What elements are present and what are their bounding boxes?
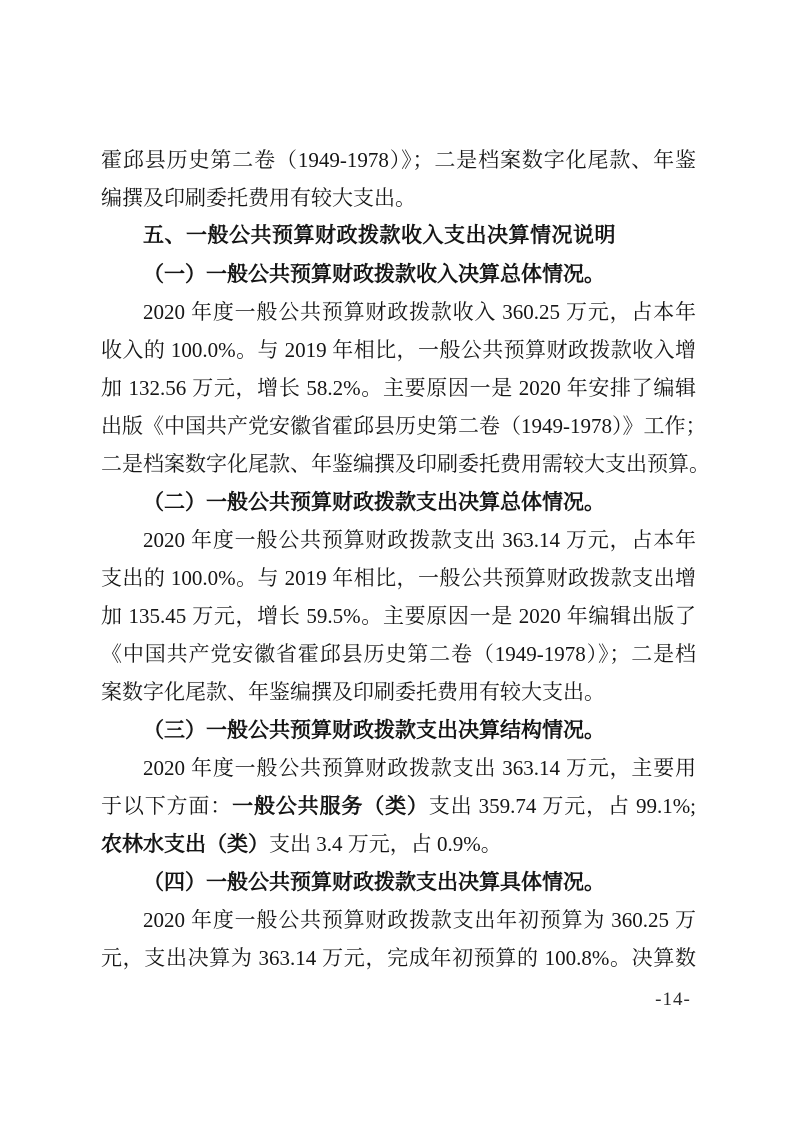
text-run: 五、一般公共预算财政拨款收入支出决算情况说明	[143, 224, 616, 247]
text-line: 2020 年度一般公共预算财政拨款收入 360.25 万元，占本年	[101, 293, 696, 331]
text-line: 于以下方面：一般公共服务（类）支出 359.74 万元，占 99.1%;	[101, 787, 696, 825]
text-run: （三）一般公共预算财政拨款支出决算结构情况。	[143, 718, 605, 742]
section-heading: （二）一般公共预算财政拨款支出决算总体情况。	[101, 483, 696, 521]
text-line: 二是档案数字化尾款、年鉴编撰及印刷委托费用需较大支出预算。	[101, 445, 696, 483]
text-line: 加 132.56 万元，增长 58.2%。主要原因一是 2020 年安排了编辑	[101, 369, 696, 407]
text-run: 于以下方面：	[101, 794, 232, 818]
text-line: 2020 年度一般公共预算财政拨款支出 363.14 万元，主要用	[101, 749, 696, 787]
text-run: （二）一般公共预算财政拨款支出决算总体情况。	[143, 490, 605, 514]
text-line: 2020 年度一般公共预算财政拨款支出 363.14 万元，占本年	[101, 521, 696, 559]
text-run: 收入的 100.0%。与 2019 年相比，一般公共预算财政拨款收入增	[101, 338, 696, 362]
text-run: 农林水支出（类）	[101, 832, 269, 856]
text-run: 2020 年度一般公共预算财政拨款支出年初预算为 360.25 万	[143, 908, 696, 932]
section-heading: （四）一般公共预算财政拨款支出决算具体情况。	[101, 863, 696, 901]
text-run: 支出的 100.0%。与 2019 年相比，一般公共预算财政拨款支出增	[101, 566, 696, 590]
text-run: 2020 年度一般公共预算财政拨款支出 363.14 万元，主要用	[143, 756, 696, 780]
section-heading: （一）一般公共预算财政拨款收入决算总体情况。	[101, 255, 696, 293]
text-line: 出版《中国共产党安徽省霍邱县历史第二卷（1949-1978）》工作；	[101, 407, 696, 445]
text-line: 《中国共产党安徽省霍邱县历史第二卷（1949-1978）》；二是档	[101, 635, 696, 673]
text-run: 《中国共产党安徽省霍邱县历史第二卷（1949-1978）》；二是档	[101, 642, 696, 666]
text-run: 加 135.45 万元，增长 59.5%。主要原因一是 2020 年编辑出版了	[101, 604, 696, 628]
text-run: 2020 年度一般公共预算财政拨款收入 360.25 万元，占本年	[143, 300, 696, 324]
text-line: 支出的 100.0%。与 2019 年相比，一般公共预算财政拨款支出增	[101, 559, 696, 597]
text-run: 编撰及印刷委托费用有较大支出。	[101, 186, 416, 210]
text-run: 霍邱县历史第二卷（1949-1978）》；二是档案数字化尾款、年鉴	[101, 148, 696, 172]
text-run: 元，支出决算为 363.14 万元，完成年初预算的 100.8%。决算数	[101, 946, 696, 970]
document-page: 霍邱县历史第二卷（1949-1978）》；二是档案数字化尾款、年鉴编撰及印刷委托…	[0, 0, 793, 1122]
text-line: 收入的 100.0%。与 2019 年相比，一般公共预算财政拨款收入增	[101, 331, 696, 369]
text-run: 二是档案数字化尾款、年鉴编撰及印刷委托费用需较大支出预算。	[101, 452, 710, 476]
text-run: 2020 年度一般公共预算财政拨款支出 363.14 万元，占本年	[143, 528, 696, 552]
section-heading: 五、一般公共预算财政拨款收入支出决算情况说明	[101, 217, 696, 255]
page-number: -14-	[648, 989, 698, 1011]
text-line: 案数字化尾款、年鉴编撰及印刷委托费用有较大支出。	[101, 673, 696, 711]
text-line: 元，支出决算为 363.14 万元，完成年初预算的 100.8%。决算数	[101, 939, 696, 977]
text-run: 加 132.56 万元，增长 58.2%。主要原因一是 2020 年安排了编辑	[101, 376, 696, 400]
text-line: 加 135.45 万元，增长 59.5%。主要原因一是 2020 年编辑出版了	[101, 597, 696, 635]
text-run: 一般公共服务（类）	[232, 794, 429, 818]
text-line: 农林水支出（类）支出 3.4 万元，占 0.9%。	[101, 825, 696, 863]
section-heading: （三）一般公共预算财政拨款支出决算结构情况。	[101, 711, 696, 749]
text-run: （一）一般公共预算财政拨款收入决算总体情况。	[143, 262, 605, 286]
text-run: 出版《中国共产党安徽省霍邱县历史第二卷（1949-1978）》工作；	[101, 414, 707, 438]
text-run: 案数字化尾款、年鉴编撰及印刷委托费用有较大支出。	[101, 680, 605, 704]
text-run: 支出 3.4 万元，占 0.9%。	[269, 832, 502, 856]
text-line: 霍邱县历史第二卷（1949-1978）》；二是档案数字化尾款、年鉴	[101, 141, 696, 179]
text-line: 编撰及印刷委托费用有较大支出。	[101, 179, 696, 217]
text-line: 2020 年度一般公共预算财政拨款支出年初预算为 360.25 万	[101, 901, 696, 939]
text-run: （四）一般公共预算财政拨款支出决算具体情况。	[143, 870, 605, 894]
text-block: 霍邱县历史第二卷（1949-1978）》；二是档案数字化尾款、年鉴编撰及印刷委托…	[101, 141, 696, 977]
text-run: 支出 359.74 万元，占 99.1%;	[429, 794, 696, 818]
